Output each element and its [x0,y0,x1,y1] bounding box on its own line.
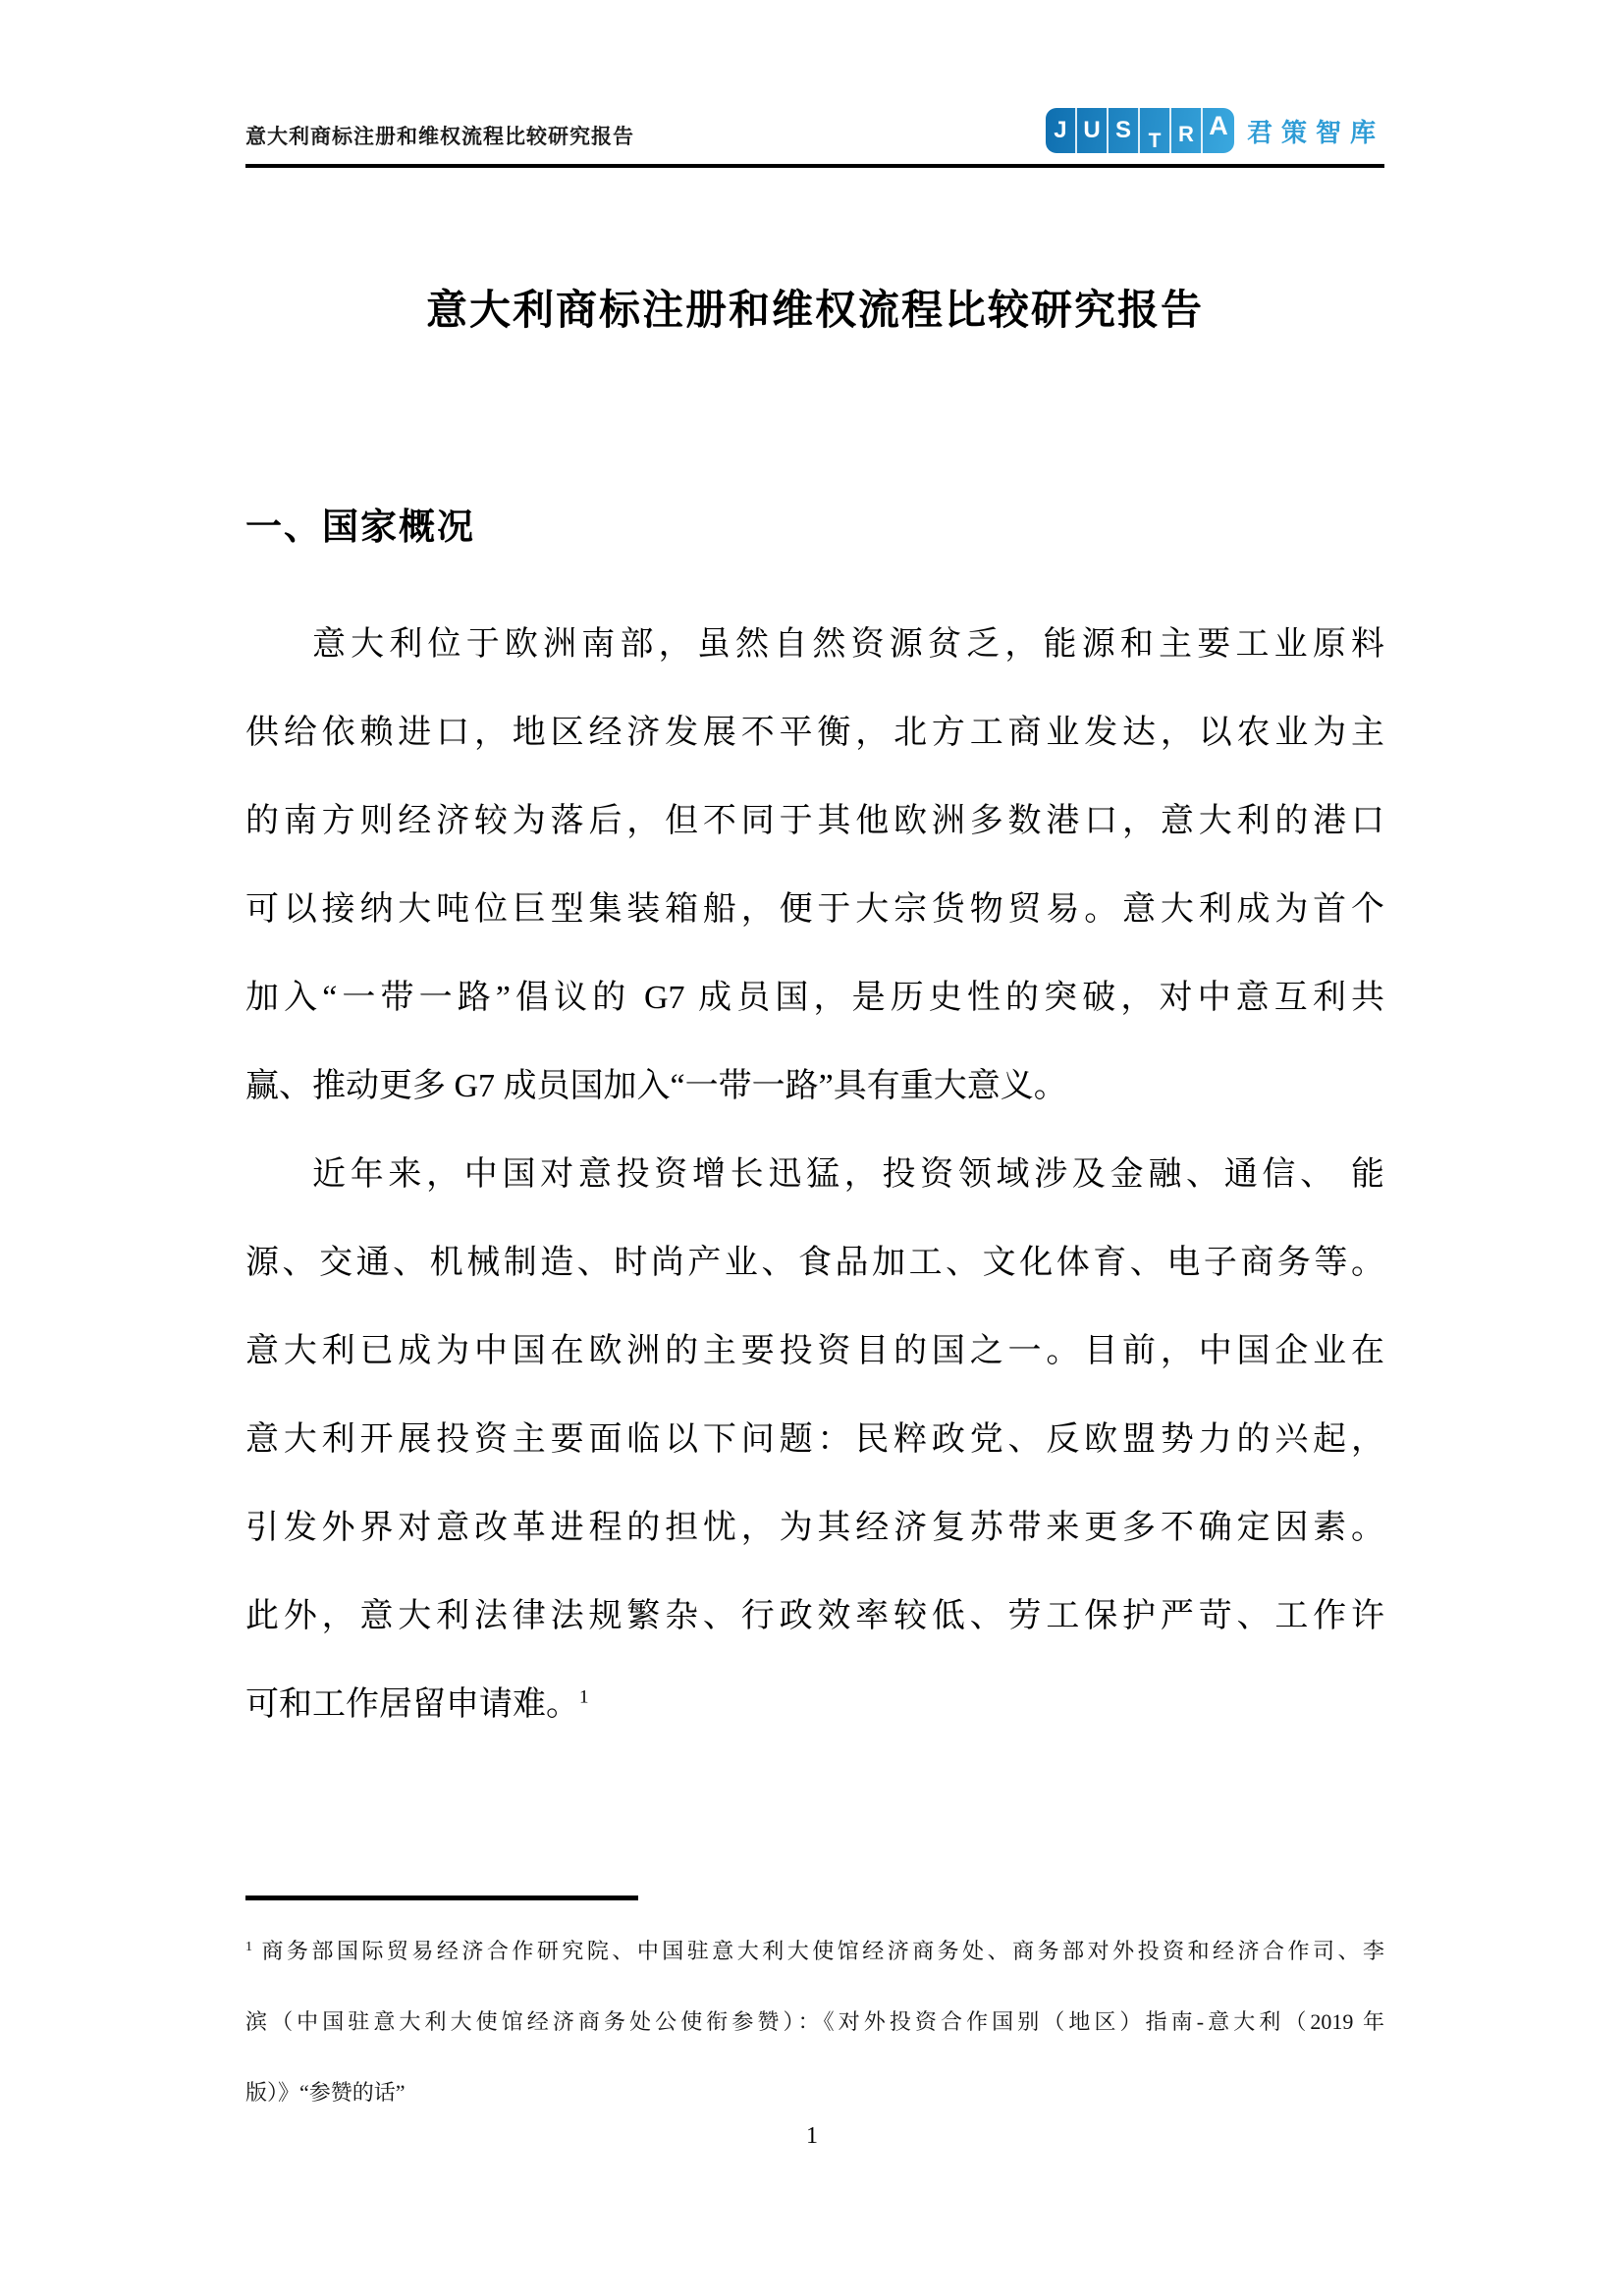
document-page: 意大利商标注册和维权流程比较研究报告 J U S T R A 君策智库 意大利商… [0,0,1624,2296]
logo-letter-t: T [1140,108,1171,153]
footnote-reference-marker: 1 [579,1687,589,1708]
body-line: 可以接纳大吨位巨型集装箱船，便于大宗货物贸易。意大利成为首个 [245,866,1384,954]
footnote-line: 1商务部国际贸易经济合作研究院、中国驻意大利大使馆经济商务处、商务部对外投资和经… [245,1916,1384,1987]
body-line: 意大利开展投资主要面临以下问题：民粹政党、反欧盟势力的兴起， [245,1396,1384,1484]
logo-letter-u: U [1077,108,1109,153]
footnote-line: 版）》“参赞的话” [245,2057,1384,2128]
body-line-text: 可和工作居留申请难。 [245,1686,579,1723]
body-line: 可和工作居留申请难。1 [245,1661,1384,1749]
logo-brand-text: 君策智库 [1247,113,1384,149]
footnote-number: 1 [245,1940,252,1954]
body-text: 意大利位于欧洲南部，虽然自然资源贫乏，能源和主要工业原料 供给依赖进口，地区经济… [245,601,1384,1749]
body-line: 源、交通、机械制造、时尚产业、食品加工、文化体育、电子商务等。 [245,1219,1384,1308]
page-number: 1 [0,2123,1624,2150]
logo-letter-r: R [1171,108,1203,153]
justra-logo-icon: J U S T R A [1046,108,1234,153]
logo-letter-a: A [1203,108,1234,153]
report-title: 意大利商标注册和维权流程比较研究报告 [245,278,1384,337]
footnote-line-text: 商务部国际贸易经济合作研究院、中国驻意大利大使馆经济商务处、商务部对外投资和经济… [258,1939,1384,1963]
body-line: 的南方则经济较为落后，但不同于其他欧洲多数港口，意大利的港口 [245,777,1384,866]
section-heading: 一、国家概况 [245,497,475,550]
footnote-separator [245,1896,638,1900]
footnote: 1商务部国际贸易经济合作研究院、中国驻意大利大使馆经济商务处、商务部对外投资和经… [245,1916,1384,2128]
body-line: 意大利已成为中国在欧洲的主要投资目的国之一。目前，中国企业在 [245,1308,1384,1396]
logo-letter-j: J [1046,108,1077,153]
body-line: 加入“一带一路”倡议的 G7 成员国，是历史性的突破，对中意互利共 [245,954,1384,1042]
footnote-line: 滨（中国驻意大利大使馆经济商务处公使衔参赞）：《对外投资合作国别（地区）指南-意… [245,1987,1384,2057]
body-line: 引发外界对意改革进程的担忧，为其经济复苏带来更多不确定因素。 [245,1484,1384,1573]
body-line: 意大利位于欧洲南部，虽然自然资源贫乏，能源和主要工业原料 [245,601,1384,689]
justra-logo: J U S T R A 君策智库 [1046,108,1384,153]
page-header: 意大利商标注册和维权流程比较研究报告 J U S T R A 君策智库 [245,108,1384,168]
body-line: 供给依赖进口，地区经济发展不平衡，北方工商业发达，以农业为主 [245,689,1384,777]
body-line: 近年来，中国对意投资增长迅猛，投资领域涉及金融、通信、 能 [245,1131,1384,1219]
body-line: 此外，意大利法律法规繁杂、行政效率较低、劳工保护严苛、工作许 [245,1573,1384,1661]
body-line: 赢、推动更多 G7 成员国加入“一带一路”具有重大意义。 [245,1042,1384,1131]
logo-letter-s: S [1109,108,1140,153]
header-running-title: 意大利商标注册和维权流程比较研究报告 [245,121,634,153]
